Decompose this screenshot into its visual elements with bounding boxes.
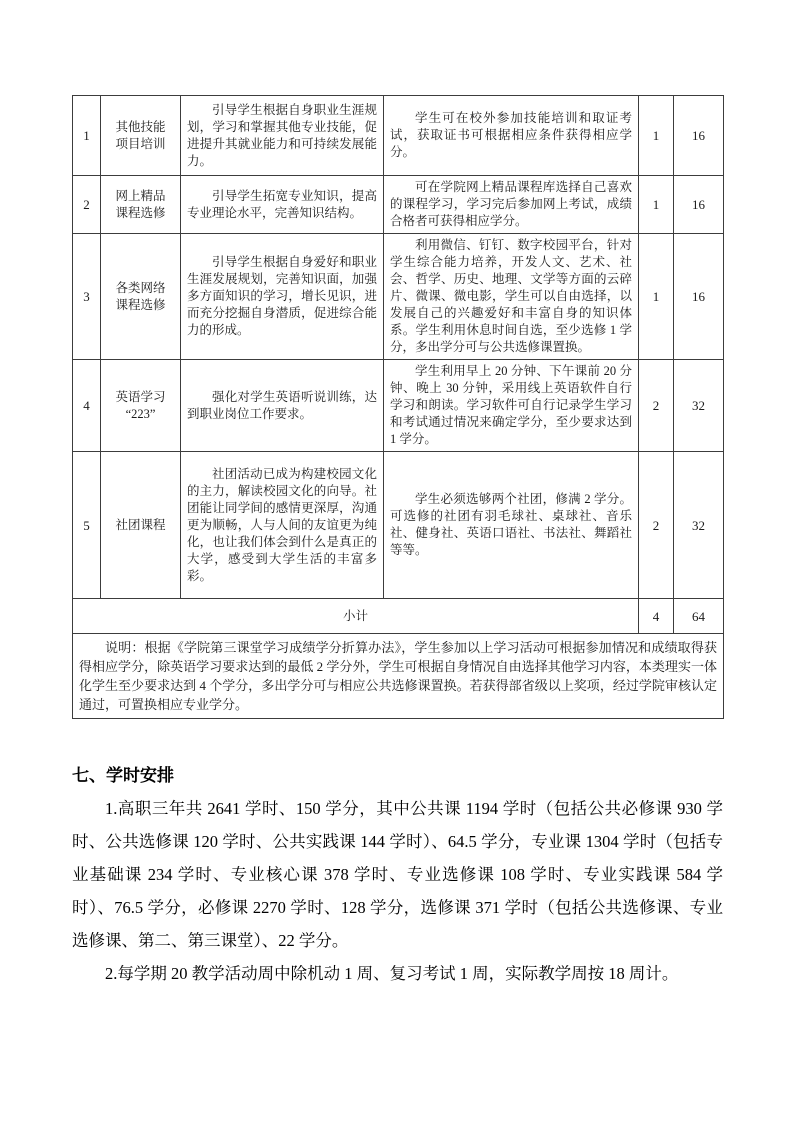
third-classroom-course-table: 1 其他技能 项目培训 引导学生根据自身职业生涯规划，学习和掌握其他专业技能，促… — [72, 95, 724, 719]
course-name: 网上精品 课程选修 — [101, 176, 181, 234]
document-page: 1 其他技能 项目培训 引导学生根据自身职业生涯规划，学习和掌握其他专业技能，促… — [0, 0, 793, 1122]
table-row: 4 英语学习 “223” 强化对学生英语听说训练，达到职业岗位工作要求。 学生利… — [73, 360, 724, 452]
course-credits: 2 — [639, 360, 674, 452]
course-method: 学生可在校外参加技能培训和取证考试，获取证书可根据相应条件获得相应学分。 — [384, 96, 639, 176]
course-hours: 32 — [674, 360, 724, 452]
row-number: 4 — [73, 360, 101, 452]
subtotal-hours: 64 — [674, 599, 724, 634]
course-hours: 16 — [674, 176, 724, 234]
section-heading: 七、学时安排 — [72, 761, 723, 786]
row-number: 5 — [73, 452, 101, 599]
body-paragraph-2: 2.每学期 20 教学活动周中除机动 1 周、复习考试 1 周，实际教学周按 1… — [72, 957, 723, 990]
course-name: 其他技能 项目培训 — [101, 96, 181, 176]
course-goal: 社团活动已成为构建校园文化的主力，解读校园文化的向导。社团能让同学间的感情更深厚… — [181, 452, 384, 599]
subtotal-credits: 4 — [639, 599, 674, 634]
course-name: 英语学习 “223” — [101, 360, 181, 452]
table-row: 3 各类网络 课程选修 引导学生根据自身爱好和职业生涯发展规划，完善知识面，加强… — [73, 234, 724, 360]
course-credits: 1 — [639, 176, 674, 234]
table-row: 5 社团课程 社团活动已成为构建校园文化的主力，解读校园文化的向导。社团能让同学… — [73, 452, 724, 599]
course-hours: 32 — [674, 452, 724, 599]
row-number: 3 — [73, 234, 101, 360]
course-method: 可在学院网上精品课程库选择自己喜欢的课程学习，学习完后参加网上考试，成绩合格者可… — [384, 176, 639, 234]
course-name: 各类网络 课程选修 — [101, 234, 181, 360]
table-note: 说明：根据《学院第三课堂学习成绩学分折算办法》，学生参加以上学习活动可根据参加情… — [73, 634, 724, 719]
subtotal-row: 小计 4 64 — [73, 599, 724, 634]
course-hours: 16 — [674, 96, 724, 176]
course-goal: 强化对学生英语听说训练，达到职业岗位工作要求。 — [181, 360, 384, 452]
course-hours: 16 — [674, 234, 724, 360]
note-row: 说明：根据《学院第三课堂学习成绩学分折算办法》，学生参加以上学习活动可根据参加情… — [73, 634, 724, 719]
course-credits: 1 — [639, 234, 674, 360]
page-content: 1 其他技能 项目培训 引导学生根据自身职业生涯规划，学习和掌握其他专业技能，促… — [72, 95, 723, 990]
subtotal-label: 小计 — [73, 599, 639, 634]
table-row: 1 其他技能 项目培训 引导学生根据自身职业生涯规划，学习和掌握其他专业技能，促… — [73, 96, 724, 176]
row-number: 2 — [73, 176, 101, 234]
row-number: 1 — [73, 96, 101, 176]
course-method: 利用微信、钉钉、数字校园平台，针对学生综合能力培养，开发人文、艺术、社会、哲学、… — [384, 234, 639, 360]
course-goal: 引导学生拓宽专业知识，提高专业理论水平，完善知识结构。 — [181, 176, 384, 234]
course-goal: 引导学生根据自身爱好和职业生涯发展规划，完善知识面，加强多方面知识的学习，增长见… — [181, 234, 384, 360]
course-method: 学生必须选够两个社团，修满 2 学分。可选修的社团有羽毛球社、桌球社、音乐社、健… — [384, 452, 639, 599]
course-name: 社团课程 — [101, 452, 181, 599]
course-goal: 引导学生根据自身职业生涯规划，学习和掌握其他专业技能，促进提升其就业能力和可持续… — [181, 96, 384, 176]
body-paragraph-1: 1.高职三年共 2641 学时、150 学分，其中公共课 1194 学时（包括公… — [72, 792, 723, 957]
course-credits: 1 — [639, 96, 674, 176]
table-row: 2 网上精品 课程选修 引导学生拓宽专业知识，提高专业理论水平，完善知识结构。 … — [73, 176, 724, 234]
course-credits: 2 — [639, 452, 674, 599]
course-method: 学生利用早上 20 分钟、下午课前 20 分钟、晚上 30 分钟，采用线上英语软… — [384, 360, 639, 452]
